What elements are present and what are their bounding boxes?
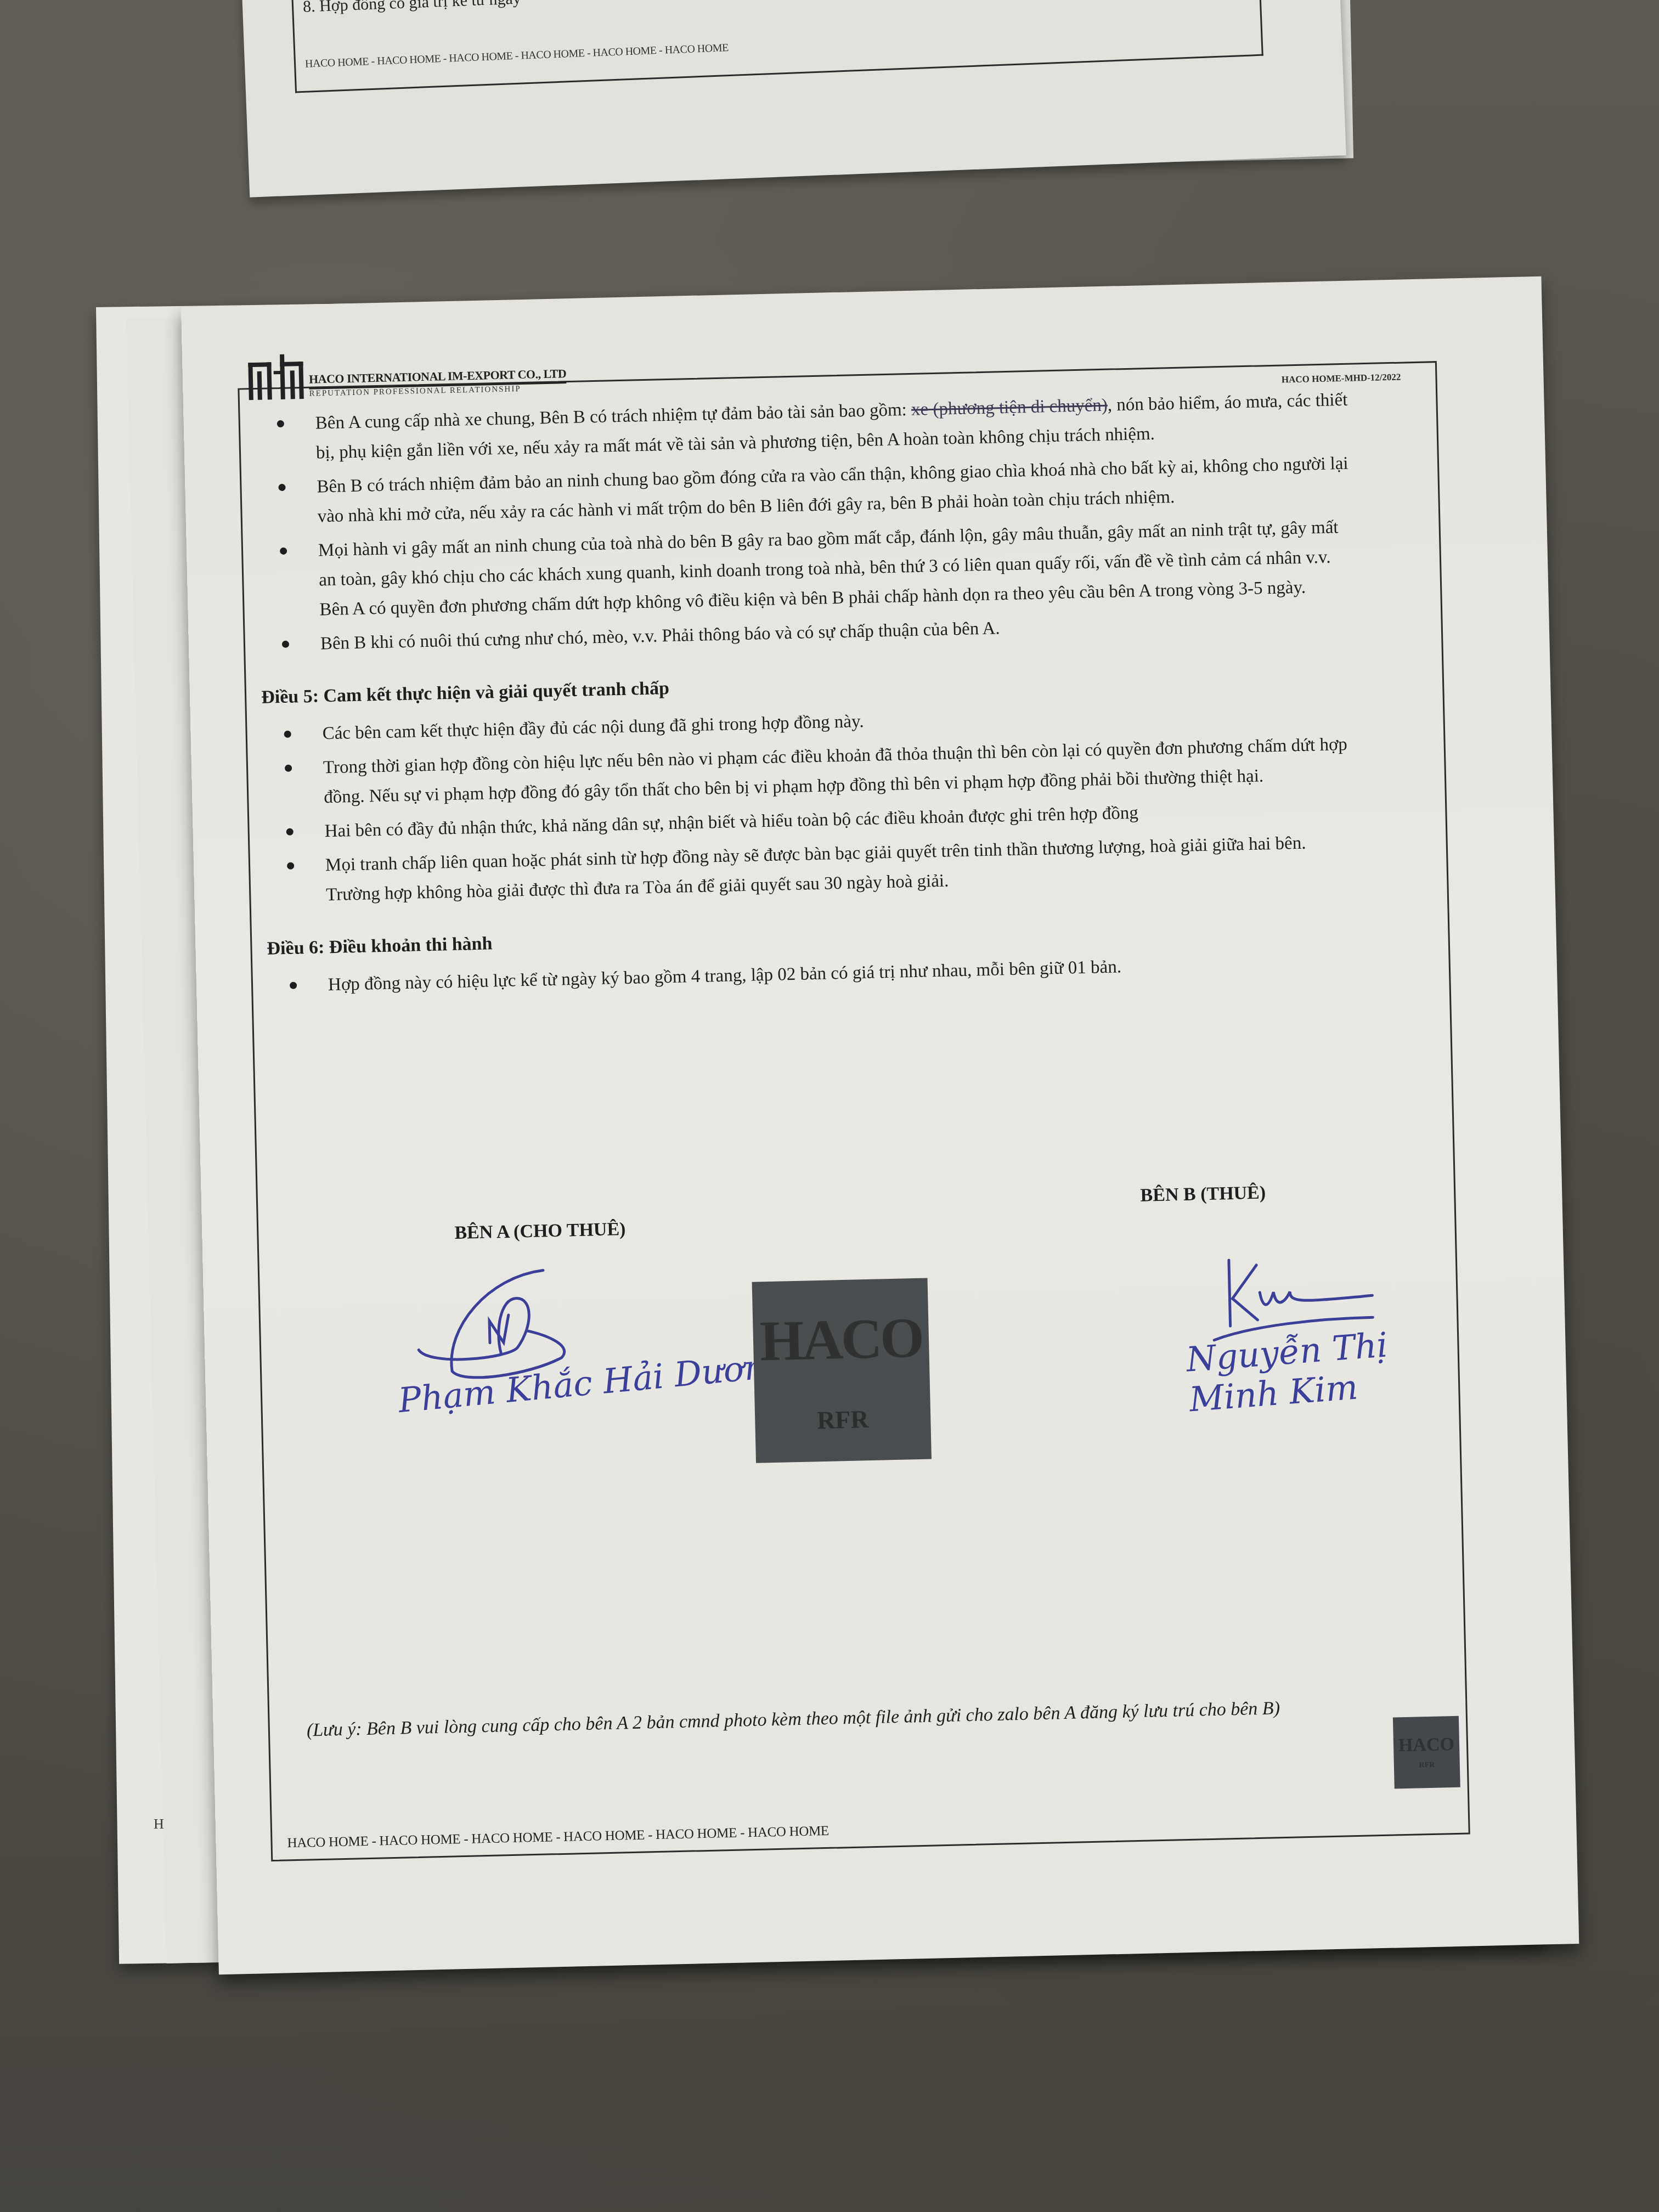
page-stamp: HACO RFR: [1393, 1716, 1460, 1789]
list-item: Mọi hành vi gây mất an ninh chung của to…: [280, 512, 1357, 625]
struck-text: xe (phương tiện di chuyển): [911, 396, 1108, 420]
party-b-label: BÊN B (THUÊ): [1140, 1183, 1266, 1206]
party-a-label: BÊN A (CHO THUÊ): [454, 1219, 626, 1244]
letterhead: HACO INTERNATIONAL IM-EXPORT CO., LTD RE…: [248, 348, 567, 400]
stamp-text: HACO: [1398, 1734, 1455, 1756]
previous-page: 8. Hợp đồng có giá trị kể từ ngày HACO H…: [241, 0, 1346, 198]
building-logo-icon: [248, 354, 304, 400]
contract-body: Bên A cung cấp nhà xe chung, Bên B có tr…: [276, 385, 1365, 1005]
stamp-subtext: RFR: [1419, 1761, 1435, 1770]
section5-list: Các bên cam kết thực hiện đầy đủ các nội…: [284, 695, 1363, 910]
back-page-fragment: H: [154, 1816, 164, 1832]
signature-area: BÊN B (THUÊ) BÊN A (CHO THUÊ) Phạm Khắc …: [256, 1178, 1458, 1480]
stamp-subtext: RFR: [816, 1404, 869, 1435]
stamp-text: HACO: [759, 1305, 923, 1374]
section4-list: Bên A cung cấp nhà xe chung, Bên B có tr…: [276, 385, 1357, 659]
contract-page: HACO INTERNATIONAL IM-EXPORT CO., LTD RE…: [181, 276, 1579, 1974]
previous-page-frame: [291, 0, 1263, 93]
company-stamp: HACO RFR: [752, 1278, 932, 1463]
